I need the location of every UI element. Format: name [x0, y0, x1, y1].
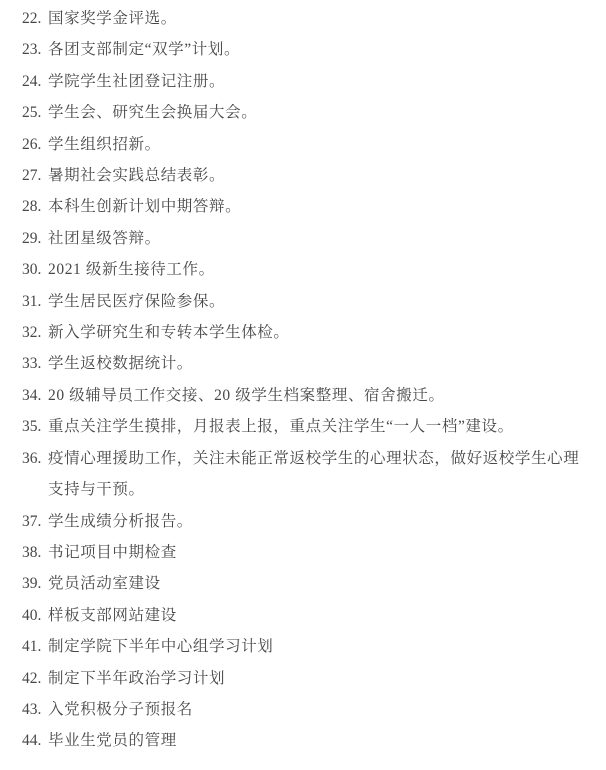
item-number: 38. — [22, 537, 48, 568]
list-item: 25. 学生会、研究生会换届大会。 — [22, 97, 590, 128]
item-text: 样板支部网站建设 — [48, 600, 590, 631]
item-number: 39. — [22, 568, 48, 599]
item-number: 25. — [22, 97, 48, 128]
list-item: 37. 学生成绩分析报告。 — [22, 506, 590, 537]
list-item: 26. 学生组织招新。 — [22, 129, 590, 160]
list-item: 42. 制定下半年政治学习计划 — [22, 663, 590, 694]
item-text: 党员活动室建设 — [48, 568, 590, 599]
list-item: 33. 学生返校数据统计。 — [22, 348, 590, 379]
list-item: 43. 入党积极分子预报名 — [22, 694, 590, 725]
list-item: 22. 国家奖学金评选。 — [22, 3, 590, 34]
item-text: 疫情心理援助工作，关注未能正常返校学生的心理状态，做好返校学生心理支持与干预。 — [48, 443, 590, 506]
item-number: 22. — [22, 3, 48, 34]
item-number: 30. — [22, 254, 48, 285]
item-text: 制定下半年政治学习计划 — [48, 663, 590, 694]
list-item: 28. 本科生创新计划中期答辩。 — [22, 191, 590, 222]
item-text: 本科生创新计划中期答辩。 — [48, 191, 590, 222]
list-item: 39. 党员活动室建设 — [22, 568, 590, 599]
list-item: 41. 制定学院下半年中心组学习计划 — [22, 631, 590, 662]
item-text: 暑期社会实践总结表彰。 — [48, 160, 590, 191]
item-text: 各团支部制定“双学”计划。 — [48, 34, 590, 65]
item-number: 32. — [22, 317, 48, 348]
item-number: 24. — [22, 66, 48, 97]
item-number: 36. — [22, 443, 48, 474]
task-list: 22. 国家奖学金评选。 23. 各团支部制定“双学”计划。 24. 学院学生社… — [22, 3, 590, 757]
list-item: 36. 疫情心理援助工作，关注未能正常返校学生的心理状态，做好返校学生心理支持与… — [22, 443, 590, 506]
list-item: 32. 新入学研究生和专转本学生体检。 — [22, 317, 590, 348]
item-number: 28. — [22, 191, 48, 222]
list-item: 23. 各团支部制定“双学”计划。 — [22, 34, 590, 65]
item-text: 学生会、研究生会换届大会。 — [48, 97, 590, 128]
item-text: 学生居民医疗保险参保。 — [48, 286, 590, 317]
list-item: 27. 暑期社会实践总结表彰。 — [22, 160, 590, 191]
item-text: 入党积极分子预报名 — [48, 694, 590, 725]
item-number: 26. — [22, 129, 48, 160]
item-text: 国家奖学金评选。 — [48, 3, 590, 34]
document-page: 22. 国家奖学金评选。 23. 各团支部制定“双学”计划。 24. 学院学生社… — [0, 0, 606, 770]
list-item: 40. 样板支部网站建设 — [22, 600, 590, 631]
item-text: 制定学院下半年中心组学习计划 — [48, 631, 590, 662]
item-number: 29. — [22, 223, 48, 254]
item-number: 31. — [22, 286, 48, 317]
item-number: 33. — [22, 348, 48, 379]
list-item: 31. 学生居民医疗保险参保。 — [22, 286, 590, 317]
item-text: 重点关注学生摸排，月报表上报，重点关注学生“一人一档”建设。 — [48, 411, 590, 442]
item-text: 书记项目中期检查 — [48, 537, 590, 568]
list-item: 35. 重点关注学生摸排，月报表上报，重点关注学生“一人一档”建设。 — [22, 411, 590, 442]
item-number: 34. — [22, 380, 48, 411]
item-number: 27. — [22, 160, 48, 191]
item-text: 2021 级新生接待工作。 — [48, 254, 590, 285]
item-text: 学生成绩分析报告。 — [48, 506, 590, 537]
list-item: 44. 毕业生党员的管理 — [22, 725, 590, 756]
list-item: 29. 社团星级答辩。 — [22, 223, 590, 254]
item-number: 43. — [22, 694, 48, 725]
item-number: 23. — [22, 34, 48, 65]
list-item: 30. 2021 级新生接待工作。 — [22, 254, 590, 285]
item-number: 35. — [22, 411, 48, 442]
item-text: 毕业生党员的管理 — [48, 725, 590, 756]
item-text: 社团星级答辩。 — [48, 223, 590, 254]
item-number: 42. — [22, 663, 48, 694]
item-text: 学院学生社团登记注册。 — [48, 66, 590, 97]
item-number: 41. — [22, 631, 48, 662]
item-number: 40. — [22, 600, 48, 631]
item-text: 新入学研究生和专转本学生体检。 — [48, 317, 590, 348]
list-item: 34. 20 级辅导员工作交接、20 级学生档案整理、宿舍搬迁。 — [22, 380, 590, 411]
item-text: 学生返校数据统计。 — [48, 348, 590, 379]
item-number: 37. — [22, 506, 48, 537]
item-text: 20 级辅导员工作交接、20 级学生档案整理、宿舍搬迁。 — [48, 380, 590, 411]
list-item: 24. 学院学生社团登记注册。 — [22, 66, 590, 97]
list-item: 38. 书记项目中期检查 — [22, 537, 590, 568]
item-number: 44. — [22, 725, 48, 756]
item-text: 学生组织招新。 — [48, 129, 590, 160]
